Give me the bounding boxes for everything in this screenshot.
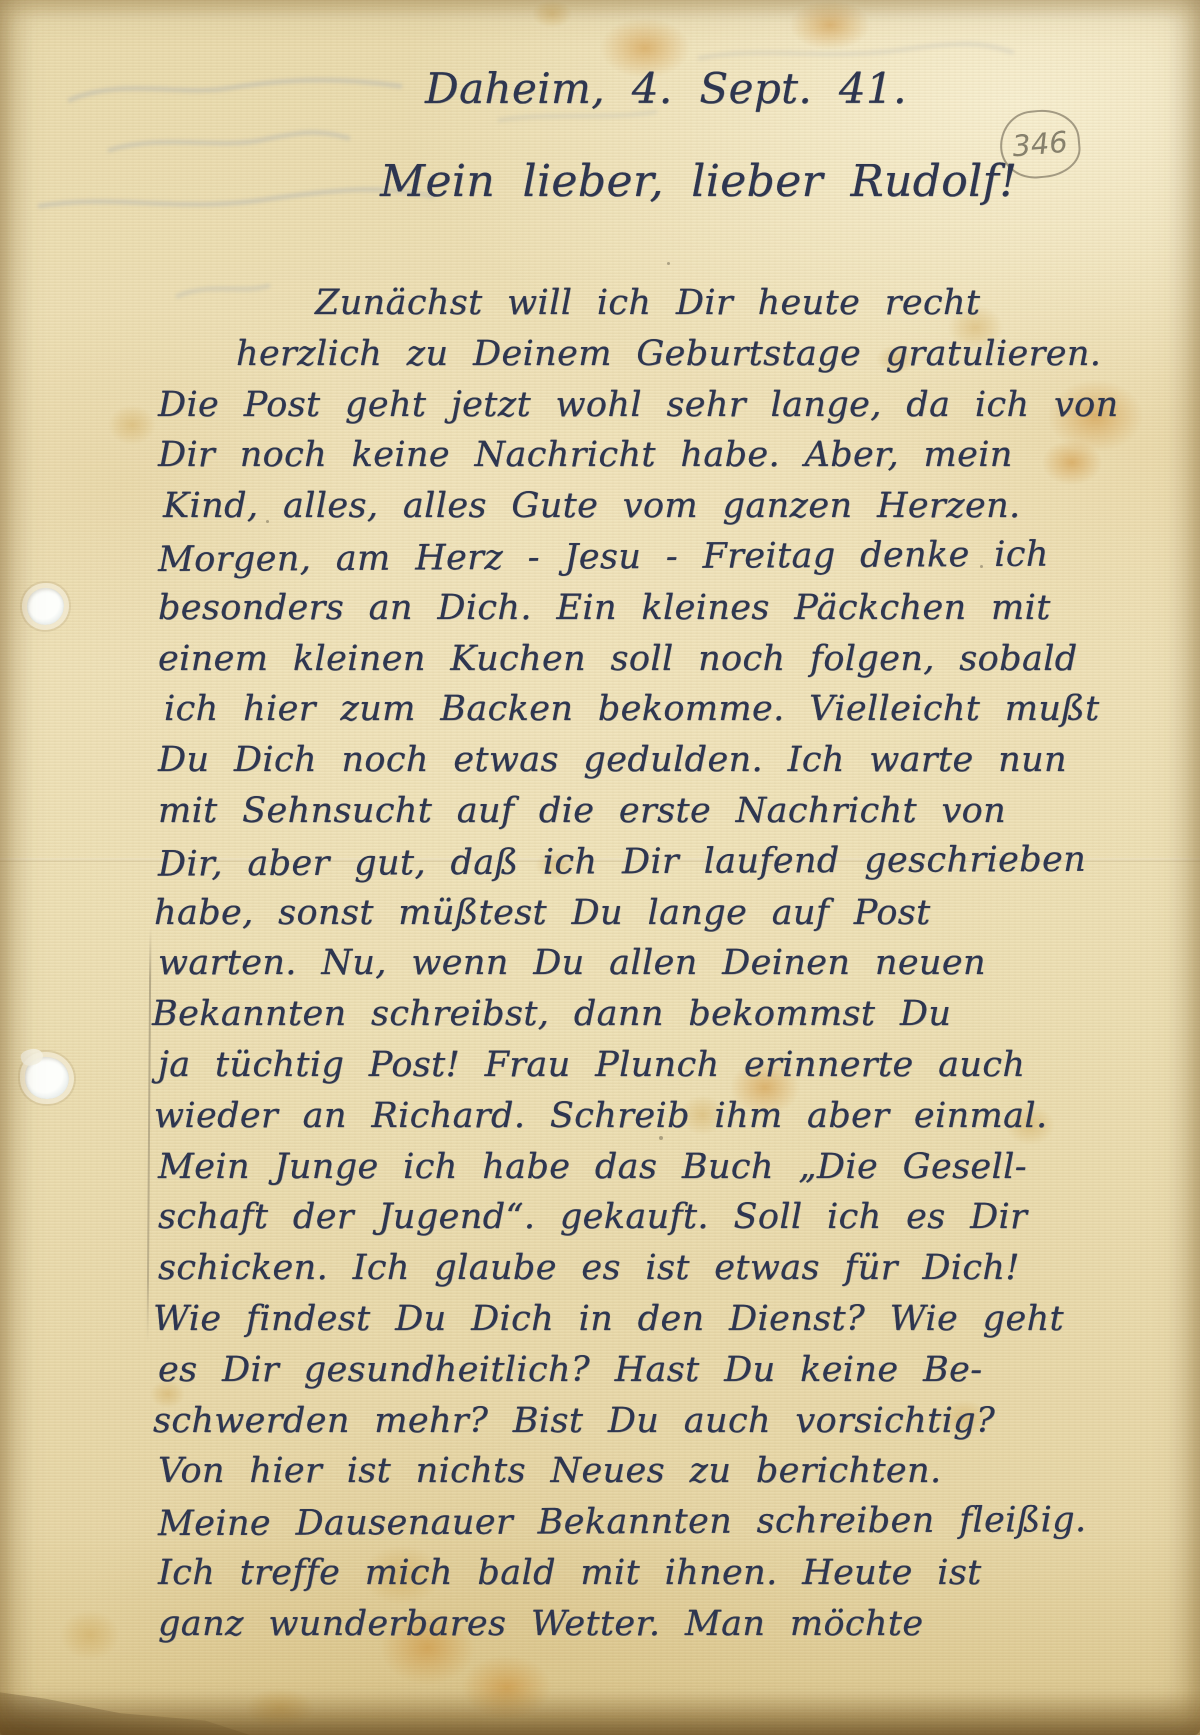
letter-body: Zunächst will ich Dir heute recht herzli…	[158, 278, 1160, 1650]
handwritten-line: Von hier ist nichts Neues zu berichten.	[158, 1446, 1160, 1497]
handwritten-line: es Dir gesundheitlich? Hast Du keine Be-	[158, 1345, 1160, 1396]
stain	[245, 1688, 315, 1728]
dateline: Daheim, 4. Sept. 41.	[425, 64, 907, 113]
letter-page: Daheim, 4. Sept. 41. 346 Mein lieber, li…	[0, 0, 1200, 1735]
stain	[60, 1610, 120, 1660]
ink-speck	[667, 262, 670, 265]
handwritten-line: einem kleinen Kuchen soll noch folgen, s…	[158, 634, 1160, 685]
handwritten-line: mit Sehnsucht auf die erste Nachricht vo…	[158, 786, 1160, 837]
handwritten-line: habe, sonst müßtest Du lange auf Post	[154, 888, 1160, 939]
handwritten-line: Mein Junge ich habe das Buch „Die Gesell…	[158, 1142, 1160, 1193]
handwritten-line: Wie findest Du Dich in den Dienst? Wie g…	[153, 1294, 1160, 1345]
stain	[108, 405, 156, 445]
handwritten-line: Dir, aber gut, daß ich Dir laufend gesch…	[158, 834, 1160, 890]
stain	[790, 0, 870, 50]
handwritten-line: Meine Dausenauer Bekannten schreiben fle…	[158, 1495, 1160, 1550]
page-number: 346	[1011, 125, 1069, 164]
handwritten-line: Die Post geht jetzt wohl sehr lange, da …	[158, 380, 1160, 431]
hole-punch-bottom	[25, 1057, 69, 1099]
handwritten-line: schicken. Ich glaube es ist etwas für Di…	[158, 1243, 1160, 1294]
hole-punch-top	[27, 588, 64, 625]
handwritten-line: Zunächst will ich Dir heute recht	[315, 278, 1160, 329]
handwritten-line: herzlich zu Deinem Geburtstage gratulier…	[236, 329, 1160, 380]
stain	[532, 0, 572, 28]
handwritten-line: warten. Nu, wenn Du allen Deinen neuen	[158, 938, 1160, 989]
handwritten-line: Du Dich noch etwas gedulden. Ich warte n…	[158, 735, 1160, 786]
paper-bottom-edge	[0, 1691, 1200, 1735]
handwritten-line: ganz wunderbares Wetter. Man möchte	[158, 1599, 1160, 1650]
torn-corner	[0, 1683, 250, 1735]
stain	[462, 1655, 552, 1720]
handwritten-line: besonders an Dich. Ein kleines Päckchen …	[158, 583, 1160, 634]
handwritten-line: Dir noch keine Nachricht habe. Aber, mei…	[158, 430, 1160, 481]
pencil-margin-line	[147, 928, 152, 1343]
handwritten-line: schaft der Jugend“. gekauft. Soll ich es…	[158, 1192, 1160, 1243]
handwritten-line: Ich treffe mich bald mit ihnen. Heute is…	[158, 1548, 1160, 1599]
handwritten-line: ich hier zum Backen bekomme. Vielleicht …	[164, 684, 1160, 735]
handwritten-line: ja tüchtig Post! Frau Plunch erinnerte a…	[158, 1040, 1160, 1091]
salutation: Mein lieber, lieber Rudolf!	[380, 156, 1017, 207]
handwritten-line: Morgen, am Herz - Jesu - Freitag denke i…	[158, 529, 1160, 586]
handwritten-line: Kind, alles, alles Gute vom ganzen Herze…	[163, 481, 1160, 532]
handwritten-line: Bekannten schreibst, dann bekommst Du	[152, 989, 1160, 1040]
handwritten-line: wieder an Richard. Schreib ihm aber einm…	[154, 1091, 1160, 1142]
handwritten-line: schwerden mehr? Bist Du auch vorsichtig?	[153, 1396, 1160, 1447]
